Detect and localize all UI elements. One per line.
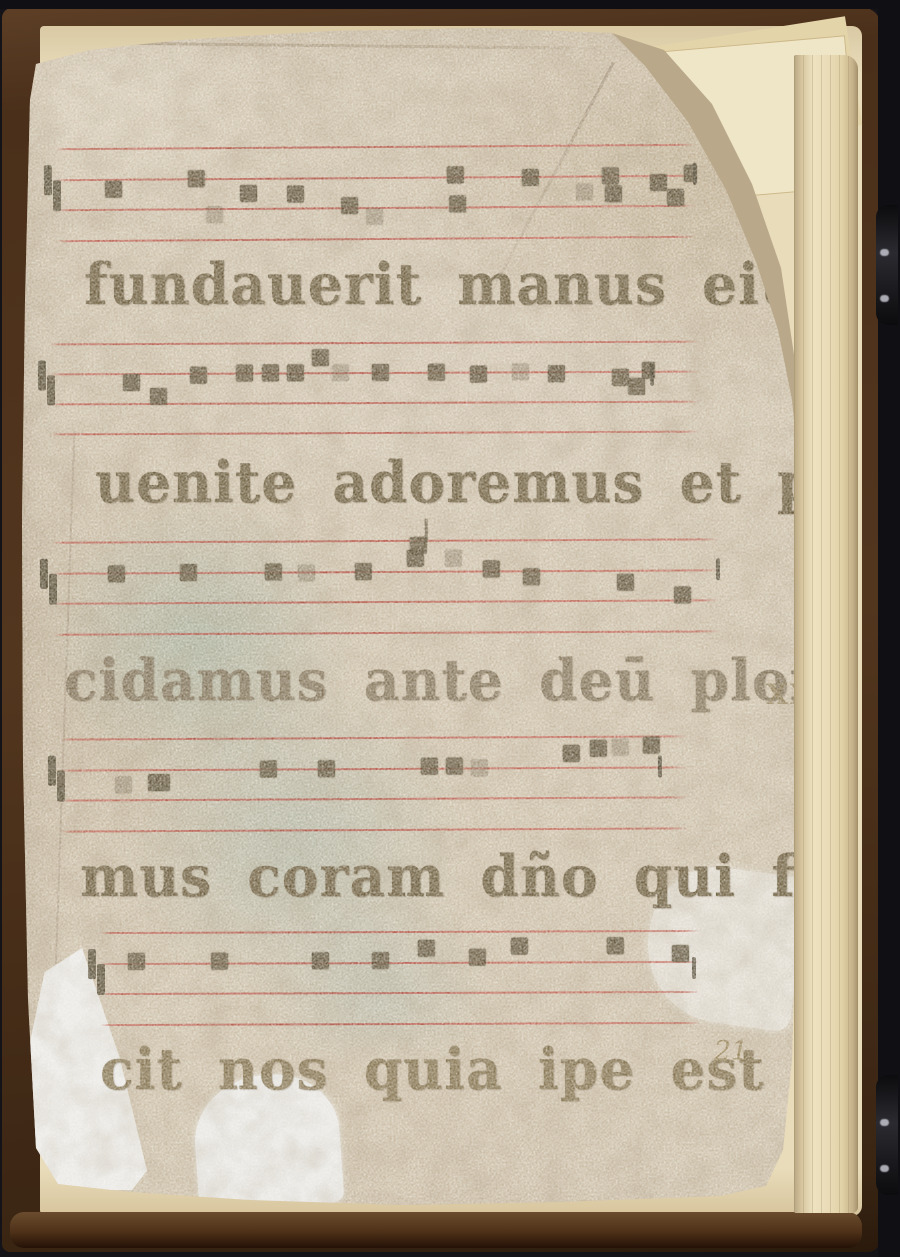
- chant-text-line: mus coram dño qui fe: [80, 842, 832, 910]
- binding-clip: [876, 205, 898, 325]
- neume-square: [672, 945, 689, 962]
- staff-line: [52, 599, 720, 604]
- neume-square: [372, 364, 389, 381]
- neume-square: [355, 563, 372, 580]
- staff-line: [52, 630, 720, 635]
- neume-square: [265, 563, 282, 580]
- music-staff-2: [50, 341, 700, 438]
- clef-stroke: [53, 180, 61, 211]
- clef-stroke: [88, 949, 96, 980]
- staff-line: [60, 766, 688, 771]
- staff-line: [100, 991, 700, 995]
- music-staff-5: [100, 930, 700, 1028]
- neume-square: [612, 369, 629, 386]
- neume-square: [298, 564, 315, 581]
- neume-square: [150, 387, 167, 404]
- neume-square: [287, 364, 304, 381]
- neume-square: [105, 181, 122, 198]
- neume-square: [523, 568, 540, 585]
- neume-square: [548, 365, 565, 382]
- background-top-edge: [0, 0, 900, 9]
- end-tick: [693, 163, 697, 185]
- music-staff-1: [56, 144, 697, 244]
- staff-line: [60, 796, 688, 801]
- chant-text-line: cit nos quia ipe est domi: [100, 1035, 900, 1103]
- clip-highlight: [880, 249, 889, 256]
- clef-stroke: [48, 755, 56, 786]
- staff-line: [100, 960, 700, 964]
- end-tick: [692, 956, 696, 978]
- clef-stroke: [97, 964, 105, 995]
- staff-line: [50, 341, 700, 346]
- clef-stroke: [38, 360, 46, 390]
- clef-stroke: [47, 375, 55, 405]
- neume-square: [650, 174, 667, 191]
- neume-square: [211, 953, 228, 970]
- neume-square: [318, 760, 335, 777]
- staff-line: [60, 827, 688, 832]
- neume-square: [470, 365, 487, 382]
- background-right-edge: [878, 0, 900, 1257]
- end-tick: [716, 559, 720, 581]
- neume-square: [428, 364, 445, 381]
- neume-square: [602, 167, 619, 184]
- neume-square: [628, 378, 645, 395]
- neume-square: [148, 774, 170, 791]
- staff-line: [56, 144, 696, 150]
- clef-stroke: [40, 559, 48, 590]
- neume-square: [667, 189, 684, 206]
- folio-number: 21: [714, 1036, 748, 1067]
- clef-stroke: [44, 165, 52, 196]
- neume-square: [605, 185, 622, 202]
- neume-square: [108, 565, 125, 582]
- neume-square: [236, 365, 253, 382]
- end-tick: [658, 756, 662, 778]
- neume-square: [180, 563, 197, 580]
- staff-line: [56, 235, 696, 241]
- neume-square: [421, 758, 438, 775]
- neume-square: [341, 198, 358, 215]
- neume-square: [447, 166, 464, 183]
- neume-square: [612, 738, 629, 755]
- neume-square: [206, 206, 223, 223]
- neume-square: [418, 940, 435, 957]
- neume-square: [471, 759, 488, 776]
- neume-square: [617, 573, 634, 590]
- clip-highlight: [880, 1165, 889, 1172]
- neume-square: [607, 937, 624, 954]
- neume-square: [590, 740, 607, 757]
- neume-square: [643, 737, 660, 754]
- neume-square: [483, 560, 500, 577]
- end-tick: [650, 364, 654, 386]
- neume-square: [674, 587, 691, 604]
- chant-text-line: uenite adoremus et pro: [95, 448, 884, 516]
- neume-square: [128, 953, 145, 970]
- staff-line: [50, 431, 700, 436]
- music-staff-4: [60, 735, 688, 834]
- neume-square: [576, 184, 593, 201]
- chant-text-line: fundauerit manus eius: [84, 250, 833, 318]
- neume-square: [522, 169, 539, 186]
- neume-square: [372, 952, 389, 969]
- neume-square: [563, 745, 580, 762]
- binding-clip: [876, 1075, 898, 1195]
- right-page-edges: [794, 55, 858, 1213]
- neume-square: [511, 938, 528, 955]
- music-staff-3: [52, 538, 720, 637]
- neume-stem: [425, 518, 428, 542]
- neume-square: [115, 776, 132, 793]
- clef-stroke: [57, 771, 65, 802]
- clip-highlight: [880, 295, 889, 302]
- clip-highlight: [880, 1119, 889, 1126]
- staff-line: [100, 1021, 700, 1025]
- neume-square: [123, 374, 140, 391]
- clef-stroke: [49, 574, 57, 605]
- staff-line: [50, 401, 700, 406]
- chant-text-line: cidamus ante deū plore: [64, 646, 856, 714]
- neume-square: [262, 364, 279, 381]
- neume-square: [312, 952, 329, 969]
- neume-square: [188, 170, 205, 187]
- staff-line: [56, 174, 696, 180]
- neume-square: [445, 550, 462, 567]
- neume-square: [366, 208, 383, 225]
- neume-square: [332, 364, 349, 381]
- neume-square: [190, 366, 207, 383]
- manuscript-photo: fundauerit manus eius uenite adoremus et…: [0, 0, 900, 1257]
- neume-square: [287, 186, 304, 203]
- neume-square: [260, 760, 277, 777]
- neume-square: [240, 185, 257, 202]
- neume-square: [312, 349, 329, 366]
- neume-square: [512, 363, 529, 380]
- neume-square: [469, 949, 486, 966]
- neume-square: [449, 195, 466, 212]
- neume-square: [446, 758, 463, 775]
- leather-bottom-roll: [10, 1212, 862, 1248]
